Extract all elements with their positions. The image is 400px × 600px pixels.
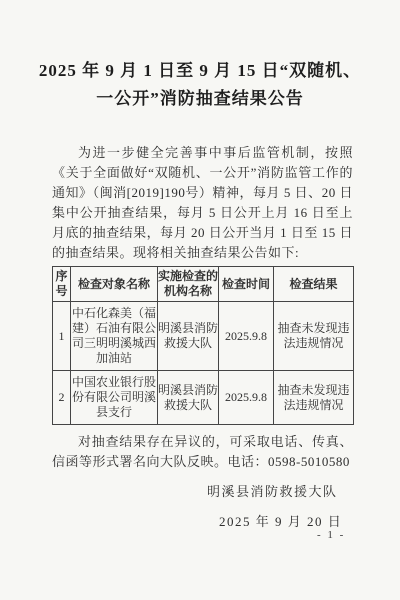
intro-paragraph: 为进一步健全完善事中事后监管机制，按照《关于全面做好“双随机、一公开”消防监管工… (52, 143, 353, 263)
inspection-results-table: 序号 检查对象名称 实施检查的机构名称 检查时间 检查结果 1 中石化森美（福建… (52, 266, 354, 425)
row2-inspection-time: 2025.9.8 (219, 371, 274, 425)
row1-inspection-time: 2025.9.8 (219, 302, 274, 371)
document-page: 2025 年 9 月 1 日至 9 月 15 日“双随机、 一公开”消防抽查结果… (0, 0, 400, 600)
document-title: 2025 年 9 月 1 日至 9 月 15 日“双随机、 一公开”消防抽查结果… (0, 0, 400, 113)
col-header-target-name: 检查对象名称 (71, 267, 158, 302)
page-number: - 1 - (317, 529, 345, 541)
table-row: 1 中石化森美（福建）石油有限公司三明明溪城西加油站 明溪县消防救援大队 202… (53, 302, 354, 371)
issue-date: 2025 年 9 月 20 日 (219, 511, 342, 530)
col-header-index: 序号 (53, 267, 71, 302)
document-title-line-2: 一公开”消防抽查结果公告 (0, 85, 400, 113)
row1-inspection-result: 抽查未发现违法违规情况 (274, 302, 354, 371)
document-title-line-1: 2025 年 9 月 1 日至 9 月 15 日“双随机、 (0, 57, 400, 85)
table-header-row: 序号 检查对象名称 实施检查的机构名称 检查时间 检查结果 (53, 267, 354, 302)
document-body: 为进一步健全完善事中事后监管机制，按照《关于全面做好“双随机、一公开”消防监管工… (52, 143, 353, 472)
row1-index: 1 (53, 302, 71, 371)
row2-inspection-result: 抽查未发现违法违规情况 (274, 371, 354, 425)
issuing-agency: 明溪县消防救援大队 (207, 481, 338, 500)
col-header-inspection-time: 检查时间 (219, 267, 274, 302)
row2-index: 2 (53, 371, 71, 425)
col-header-inspection-result: 检查结果 (274, 267, 354, 302)
row1-target-name: 中石化森美（福建）石油有限公司三明明溪城西加油站 (71, 302, 158, 371)
row2-target-name: 中国农业银行股份有限公司明溪县支行 (71, 371, 158, 425)
objection-paragraph: 对抽查结果存在异议的，可采取电话、传真、信函等形式署名向大队反映。电话：0598… (52, 432, 353, 472)
row1-inspecting-agency: 明溪县消防救援大队 (158, 302, 219, 371)
table-row: 2 中国农业银行股份有限公司明溪县支行 明溪县消防救援大队 2025.9.8 抽… (53, 371, 354, 425)
row2-inspecting-agency: 明溪县消防救援大队 (158, 371, 219, 425)
col-header-inspecting-agency: 实施检查的机构名称 (158, 267, 219, 302)
